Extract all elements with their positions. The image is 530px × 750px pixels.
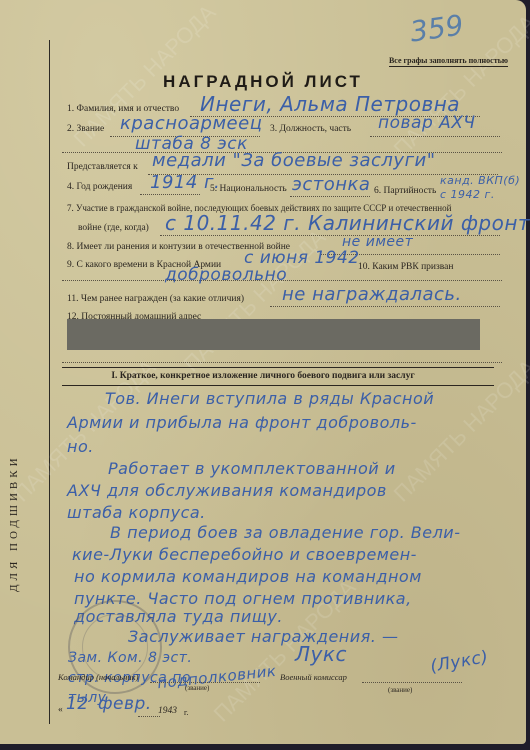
date-month: февр.: [98, 694, 152, 714]
war-participation-label-2: войне (где, когда): [78, 223, 149, 233]
binding-label: ДЛЯ ПОДШИВКИ: [8, 352, 20, 592]
narrative-line-4: Работает в укомплектованной и: [108, 459, 396, 478]
nationality-label: 5. Национальность: [210, 184, 287, 194]
narrative-line-8: кие-Луки бесперебойно и своевремен-: [72, 545, 417, 564]
draft-office-value: добровольно: [165, 265, 287, 285]
commander-rank-caption: (звание): [185, 684, 209, 692]
narrative-line-5: АХЧ для обслуживания командиров: [67, 481, 387, 500]
commander-line: [150, 682, 260, 683]
narrative-line-9: но кормила командиров на командном: [74, 567, 422, 586]
date-suffix: г.: [184, 708, 188, 717]
commander-label: Командир (начальник): [58, 672, 138, 682]
nationality-line: [290, 196, 370, 197]
war-participation-line: [160, 235, 500, 236]
birth-year-label: 4. Год рождения: [67, 182, 132, 192]
narrative-line-7: В период боев за овладение гор. Вели-: [110, 523, 460, 542]
date-open-quote: «: [58, 705, 63, 715]
nominated-value: медали "За боевые заслуги": [152, 150, 436, 171]
rank-value: красноармеец: [120, 113, 262, 134]
date-year: 1943: [158, 706, 177, 716]
binding-margin-line: [49, 40, 50, 724]
date-day: 12: [66, 694, 89, 714]
date-line: [138, 716, 160, 717]
narrative-line-2: Армии и прибыла на фронт доброволь-: [67, 413, 417, 432]
narrative-line-12: Заслуживает награждения. —: [128, 627, 398, 646]
registration-number: 359: [408, 8, 466, 48]
narrative-line-1: Тов. Инеги вступила в ряды Красной: [105, 389, 434, 408]
commissar-label: Военный комиссар: [280, 672, 347, 682]
section-top-rule: [62, 367, 494, 368]
section-title: I. Краткое, конкретное изложение личного…: [0, 371, 526, 381]
rank-label: 2. Звание: [67, 124, 104, 134]
previous-awards-value: не награждалась.: [282, 284, 462, 305]
redacted-home-address: [67, 319, 480, 350]
party-value-cont: с 1942 г.: [440, 188, 495, 201]
party-value: канд. ВКП(б): [440, 174, 520, 187]
war-participation-value: с 10.11.42 г. Калининский фронт: [165, 211, 530, 235]
nationality-value: эстонка: [292, 174, 370, 195]
position-line: [370, 136, 500, 137]
narrative-line-3: но.: [67, 437, 94, 456]
commissar-line: [362, 682, 462, 683]
award-sheet: ДЛЯ ПОДШИВКИ ПАМЯТЬ НАРОДА ПАМЯТЬ НАРОДА…: [0, 0, 526, 744]
previous-awards-line: [270, 306, 500, 307]
previous-awards-label: 11. Чем ранее награжден (за какие отличи…: [67, 294, 244, 304]
section-bottom-rule: [62, 385, 494, 386]
draft-office-label: 10. Каким РВК призван: [358, 262, 453, 272]
party-label: 6. Партийность: [374, 186, 436, 196]
document-title: НАГРАДНОЙ ЛИСТ: [0, 72, 526, 92]
home-address-line: [62, 362, 502, 363]
commander-signature: Лукс: [295, 642, 347, 666]
narrative-line-6: штаба корпуса.: [67, 503, 206, 522]
fill-all-fields-note: Все графы заполнять полностью: [389, 56, 508, 67]
nominated-label: Представляется к: [67, 162, 138, 172]
position-value: повар АХЧ: [378, 113, 476, 133]
position-label: 3. Должность, часть: [270, 124, 351, 134]
commissar-signature: (Лукс): [429, 647, 490, 677]
birth-year-line: [140, 194, 200, 195]
commissar-rank-caption: (звание): [388, 686, 412, 694]
